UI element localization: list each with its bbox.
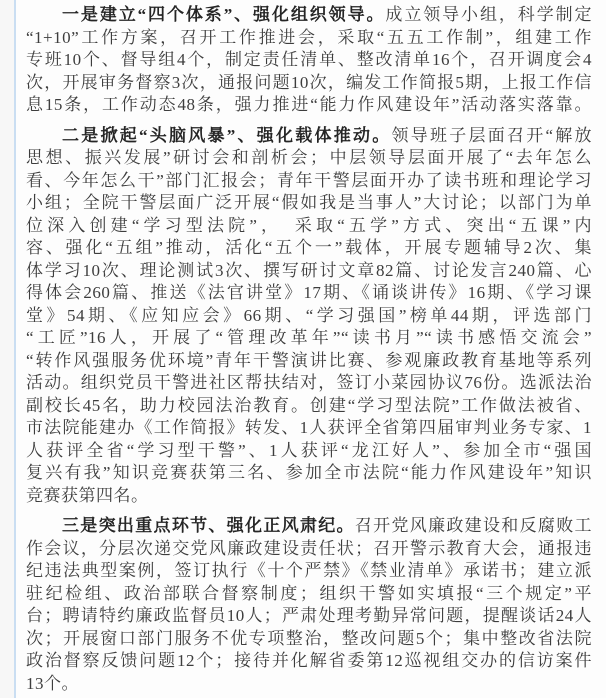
paragraph: 二是掀起“头脑风暴”、强化载体推动。领导班子层面召开“解放思想、振兴发展”研讨会… <box>26 125 592 508</box>
paragraph-text: 专班10个、督导组4个，制定责任清单、整改清单16个，召开调度会4 <box>26 50 592 69</box>
text-line: 次，开展审务督察3次，通报问题10次，编发工作简报5期，上报工作信 <box>26 72 592 95</box>
text-line: 位深入创建“学习型法院”， 采取“五学”方式、突出“五课”内 <box>26 215 592 238</box>
text-line: 台；聘请特约廉政监督员10人；严肃处理考勤异常问题，提醒谈话24人 <box>26 605 592 628</box>
paragraph-text: 得体会260篇、推送《法官讲堂》17期、《诵谈讲传》16期、《学习课 <box>26 283 592 302</box>
text-line: “工匠”16人，开展了“管理改革年”“读书月”“读书感悟交流会” <box>26 327 592 350</box>
text-line: “转作风强服务优环境”青年干警演讲比赛、参观廉政教育基地等系列 <box>26 350 592 373</box>
paragraph-text: 驻纪检组、政治部联合督察制度；组织干警如实填报“三个规定”平 <box>26 584 592 603</box>
text-line: 容、强化“五组”推动，活化“五个一”载体，开展专题辅导2次、集 <box>26 237 592 260</box>
paragraph-text: “工匠”16人，开展了“管理改革年”“读书月”“读书感悟交流会” <box>26 328 592 347</box>
document-body: 一是建立“四个体系”、强化组织领导。成立领导小组，科学制定“1+10”工作方案，… <box>16 0 606 698</box>
paragraph-text: “转作风强服务优环境”青年干警演讲比赛、参观廉政教育基地等系列 <box>26 351 592 370</box>
text-line: 竞赛获第四名。 <box>26 485 592 508</box>
text-line: 思想、振兴发展”研讨会和剖析会；中层领导层面开展了“去年怎么 <box>26 147 592 170</box>
paragraph-text: 活动。组织党员干警进社区帮扶结对，签订小菜园协议76份。选派法治 <box>26 373 592 392</box>
text-line: 复兴有我”知识竞赛获第三名、参加全市法院“能力作风建设年”知识 <box>26 462 592 485</box>
paragraph-text: 纪违法典型案例，签订执行《十个严禁》《禁业清单》承诺书；建立派 <box>26 561 592 580</box>
paragraph-text: 小组；全院干警层面广泛开展“假如我是当事人”大讨论；以部门为单 <box>26 193 592 212</box>
paragraph-text: 容、强化“五组”推动，活化“五个一”载体，开展专题辅导2次、集 <box>26 238 592 257</box>
paragraph-text: 13个。 <box>26 674 79 693</box>
text-line: 体学习10次、理论测试3次、撰写研讨文章82篇、讨论发言240篇、心 <box>26 260 592 283</box>
text-line: 得体会260篇、推送《法官讲堂》17期、《诵谈讲传》16期、《学习课 <box>26 282 592 305</box>
paragraph-text: 竞赛获第四名。 <box>26 486 149 505</box>
paragraph-text: 息15条，工作动态48条，强力推进“能力作风建设年”活动落实落靠。 <box>26 95 592 114</box>
text-line: 人获评全省“学习型干警”、1人获评“龙江好人”、参加全市“强国 <box>26 440 592 463</box>
text-line: 副校长45名，助力校园法治教育。创建“学习型法院”工作做法被省、 <box>26 395 592 418</box>
paragraph-text: 人获评全省“学习型干警”、1人获评“龙江好人”、参加全市“强国 <box>26 441 592 460</box>
paragraph-text: 体学习10次、理论测试3次、撰写研讨文章82篇、讨论发言240篇、心 <box>26 261 592 280</box>
text-line: 政治督察反馈问题12个；接待并化解省委第12巡视组交办的信访案件 <box>26 650 592 673</box>
paragraph-text: 思想、振兴发展”研讨会和剖析会；中层领导层面开展了“去年怎么 <box>26 148 592 167</box>
paragraph-text: 次；开展窗口部门服务不优专项整治，整改问题5个；集中整改省法院 <box>26 629 592 648</box>
paragraph-text: 副校长45名，助力校园法治教育。创建“学习型法院”工作做法被省、 <box>26 396 592 415</box>
paragraph-text: 堂》54期、《应知应会》66期、“学习强国”榜单44期，评选部门 <box>26 306 592 325</box>
paragraph-text: 次，开展审务督察3次，通报问题10次，编发工作简报5期，上报工作信 <box>26 73 592 92</box>
paragraph: 一是建立“四个体系”、强化组织领导。成立领导小组，科学制定“1+10”工作方案，… <box>26 4 592 117</box>
text-line: 作会议，分层次递交党风廉政建设责任状；召开警示教育大会，通报违 <box>26 538 592 561</box>
paragraph-text: 市法院能建办《工作简报》转发、1人获评全省第四届审判业务专家、1 <box>26 418 592 437</box>
paragraph-text: 看、今年怎么干”部门汇报会；青年干警层面开办了读书班和理论学习 <box>26 171 592 190</box>
paragraph-text: 领导班子层面召开“解放 <box>391 126 592 145</box>
paragraph-heading-text: 三是突出重点环节、强化正风肃纪。 <box>62 516 355 535</box>
text-line: “1+10”工作方案，召开工作推进会，采取“五五工作制”，组建工作 <box>26 27 592 50</box>
text-line: 市法院能建办《工作简报》转发、1人获评全省第四届审判业务专家、1 <box>26 417 592 440</box>
paragraph-text: 作会议，分层次递交党风廉政建设责任状；召开警示教育大会，通报违 <box>26 539 592 558</box>
paragraph-heading-text: 一是建立“四个体系”、强化组织领导。 <box>62 5 385 24</box>
text-line: 专班10个、督导组4个，制定责任清单、整改清单16个，召开调度会4 <box>26 49 592 72</box>
text-line: 堂》54期、《应知应会》66期、“学习强国”榜单44期，评选部门 <box>26 305 592 328</box>
paragraph-text: “1+10”工作方案，召开工作推进会，采取“五五工作制”，组建工作 <box>26 28 592 47</box>
text-line: 一是建立“四个体系”、强化组织领导。成立领导小组，科学制定 <box>26 4 592 27</box>
left-margin-strip <box>0 0 16 698</box>
paragraph-text: 位深入创建“学习型法院”， 采取“五学”方式、突出“五课”内 <box>26 216 592 235</box>
paragraph-text: 召开党风廉政建设和反腐败工 <box>355 516 592 535</box>
text-line: 三是突出重点环节、强化正风肃纪。召开党风廉政建设和反腐败工 <box>26 515 592 538</box>
text-line: 二是掀起“头脑风暴”、强化载体推动。领导班子层面召开“解放 <box>26 125 592 148</box>
paragraph-text: 台；聘请特约廉政监督员10人；严肃处理考勤异常问题，提醒谈话24人 <box>26 606 592 625</box>
text-line: 活动。组织党员干警进社区帮扶结对，签订小菜园协议76份。选派法治 <box>26 372 592 395</box>
paragraph-heading-text: 二是掀起“头脑风暴”、强化载体推动。 <box>62 126 391 145</box>
paragraph-text: 复兴有我”知识竞赛获第三名、参加全市法院“能力作风建设年”知识 <box>26 463 592 482</box>
document-page: 一是建立“四个体系”、强化组织领导。成立领导小组，科学制定“1+10”工作方案，… <box>0 0 606 698</box>
text-line: 纪违法典型案例，签订执行《十个严禁》《禁业清单》承诺书；建立派 <box>26 560 592 583</box>
text-line: 驻纪检组、政治部联合督察制度；组织干警如实填报“三个规定”平 <box>26 583 592 606</box>
text-line: 小组；全院干警层面广泛开展“假如我是当事人”大讨论；以部门为单 <box>26 192 592 215</box>
text-line: 看、今年怎么干”部门汇报会；青年干警层面开办了读书班和理论学习 <box>26 170 592 193</box>
text-line: 13个。 <box>26 673 592 696</box>
paragraph: 三是突出重点环节、强化正风肃纪。召开党风廉政建设和反腐败工作会议，分层次递交党风… <box>26 515 592 695</box>
paragraph-text: 成立领导小组，科学制定 <box>385 5 592 24</box>
text-line: 息15条，工作动态48条，强力推进“能力作风建设年”活动落实落靠。 <box>26 94 592 117</box>
paragraph-text: 政治督察反馈问题12个；接待并化解省委第12巡视组交办的信访案件 <box>26 651 592 670</box>
text-line: 次；开展窗口部门服务不优专项整治，整改问题5个；集中整改省法院 <box>26 628 592 651</box>
